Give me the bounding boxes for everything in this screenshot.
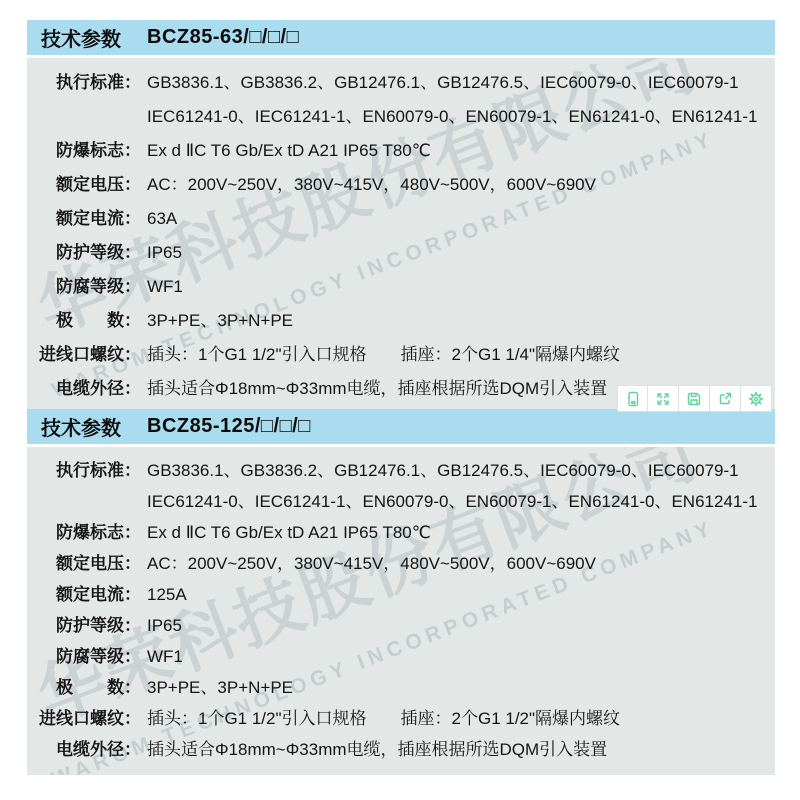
row-label: 极 数： — [33, 672, 141, 703]
fullscreen-button[interactable] — [648, 385, 679, 412]
row-value: 63A — [147, 202, 177, 236]
section-model: BCZ85-63/□/□/□ — [147, 26, 299, 49]
row-value: 3P+PE、3P+N+PE — [147, 304, 293, 338]
row-label: 电缆外径： — [33, 372, 141, 406]
row-value: 插头适合Φ18mm~Φ33mm电缆，插座根据所选DQM引入装置 — [147, 734, 607, 765]
spec-row-entry-thread: 进线口螺纹： 插头：1个G1 1/2"引入口规格 插座：2个G1 1/2"隔爆内… — [27, 703, 775, 734]
row-value: 插头：1个G1 1/2"引入口规格 插座：2个G1 1/4"隔爆内螺纹 — [147, 338, 620, 372]
row-value: WF1 — [147, 270, 183, 304]
share-icon — [717, 391, 733, 407]
row-label: 额定电流： — [33, 202, 141, 236]
mobile-icon — [625, 391, 641, 407]
spec-row-entry-thread: 进线口螺纹： 插头：1个G1 1/2"引入口规格 插座：2个G1 1/4"隔爆内… — [27, 338, 775, 372]
row-label: 额定电压： — [33, 548, 141, 579]
spec-rows: 执行标准： GB3836.1、GB3836.2、GB12476.1、GB1247… — [27, 66, 775, 406]
section-header: 技术参数 BCZ85-125/□/□/□ — [27, 409, 775, 444]
row-label: 进线口螺纹： — [33, 338, 141, 372]
row-label: 防爆标志： — [33, 134, 141, 168]
section-model: BCZ85-125/□/□/□ — [147, 415, 311, 438]
row-value: AC：200V~250V，380V~415V，480V~500V，600V~69… — [147, 168, 596, 202]
row-label: 执行标准： — [33, 66, 141, 100]
row-value: GB3836.1、GB3836.2、GB12476.1、GB12476.5、IE… — [147, 66, 739, 100]
row-value: AC：200V~250V，380V~415V，480V~500V，600V~69… — [147, 548, 596, 579]
row-value: WF1 — [147, 641, 183, 672]
spec-row-ex-marking: 防爆标志： Ex d ⅡC T6 Gb/Ex tD A21 IP65 T80℃ — [27, 517, 775, 548]
row-value: IP65 — [147, 610, 182, 641]
row-value: Ex d ⅡC T6 Gb/Ex tD A21 IP65 T80℃ — [147, 134, 431, 168]
spec-section-bcz85-63: 技术参数 BCZ85-63/□/□/□ 华荣科技股份有限公司 WAROM TEC… — [27, 20, 775, 416]
row-label: 额定电压： — [33, 168, 141, 202]
fullscreen-icon — [655, 391, 671, 407]
spec-row-standards-cont: IEC61241-0、IEC61241-1、EN60079-0、EN60079-… — [27, 100, 775, 134]
row-value: 插头适合Φ18mm~Φ33mm电缆，插座根据所选DQM引入装置 — [147, 372, 607, 406]
spec-rows: 执行标准： GB3836.1、GB3836.2、GB12476.1、GB1247… — [27, 455, 775, 765]
row-value: 3P+PE、3P+N+PE — [147, 672, 293, 703]
section-body: 华荣科技股份有限公司 WAROM TECHNOLOGY INCORPORATED… — [27, 447, 775, 775]
row-value: GB3836.1、GB3836.2、GB12476.1、GB12476.5、IE… — [147, 455, 739, 486]
spec-row-rated-current: 额定电流： 63A — [27, 202, 775, 236]
spec-row-ip-rating: 防护等级： IP65 — [27, 236, 775, 270]
spec-row-cable-diameter: 电缆外径： 插头适合Φ18mm~Φ33mm电缆，插座根据所选DQM引入装置 — [27, 734, 775, 765]
row-label: 极 数： — [33, 304, 141, 338]
spec-row-poles: 极 数： 3P+PE、3P+N+PE — [27, 304, 775, 338]
section-header: 技术参数 BCZ85-63/□/□/□ — [27, 20, 775, 55]
row-label: 防腐等级： — [33, 270, 141, 304]
spec-page: 技术参数 BCZ85-63/□/□/□ 华荣科技股份有限公司 WAROM TEC… — [0, 0, 800, 800]
row-label: 电缆外径： — [33, 734, 141, 765]
spec-row-rated-voltage: 额定电压： AC：200V~250V，380V~415V，480V~500V，6… — [27, 548, 775, 579]
save-button[interactable] — [679, 385, 710, 412]
spec-row-rated-voltage: 额定电压： AC：200V~250V，380V~415V，480V~500V，6… — [27, 168, 775, 202]
row-value: 插头：1个G1 1/2"引入口规格 插座：2个G1 1/2"隔爆内螺纹 — [147, 703, 620, 734]
spec-row-corrosion-rating: 防腐等级： WF1 — [27, 641, 775, 672]
spec-row-ip-rating: 防护等级： IP65 — [27, 610, 775, 641]
section-title: 技术参数 — [41, 23, 121, 52]
row-label: 防护等级： — [33, 610, 141, 641]
spec-row-poles: 极 数： 3P+PE、3P+N+PE — [27, 672, 775, 703]
save-icon — [686, 391, 702, 407]
spec-row-standards-cont: IEC61241-0、IEC61241-1、EN60079-0、EN60079-… — [27, 486, 775, 517]
spec-section-bcz85-125: 技术参数 BCZ85-125/□/□/□ 华荣科技股份有限公司 WAROM TE… — [27, 409, 775, 775]
spec-row-standards: 执行标准： GB3836.1、GB3836.2、GB12476.1、GB1247… — [27, 455, 775, 486]
row-label: 执行标准： — [33, 455, 141, 486]
section-body: 华荣科技股份有限公司 WAROM TECHNOLOGY INCORPORATED… — [27, 58, 775, 416]
floating-toolbar — [617, 385, 772, 412]
share-button[interactable] — [710, 385, 741, 412]
settings-button[interactable] — [741, 385, 772, 412]
spec-row-corrosion-rating: 防腐等级： WF1 — [27, 270, 775, 304]
mobile-view-button[interactable] — [617, 385, 648, 412]
settings-icon — [748, 391, 764, 407]
section-title: 技术参数 — [41, 412, 121, 441]
spec-row-standards: 执行标准： GB3836.1、GB3836.2、GB12476.1、GB1247… — [27, 66, 775, 100]
row-label: 防腐等级： — [33, 641, 141, 672]
row-value: 125A — [147, 579, 187, 610]
row-value: IP65 — [147, 236, 182, 270]
row-value: IEC61241-0、IEC61241-1、EN60079-0、EN60079-… — [147, 100, 757, 134]
row-label: 防护等级： — [33, 236, 141, 270]
row-label: 防爆标志： — [33, 517, 141, 548]
row-value: Ex d ⅡC T6 Gb/Ex tD A21 IP65 T80℃ — [147, 517, 431, 548]
row-value: IEC61241-0、IEC61241-1、EN60079-0、EN60079-… — [147, 486, 757, 517]
spec-row-ex-marking: 防爆标志： Ex d ⅡC T6 Gb/Ex tD A21 IP65 T80℃ — [27, 134, 775, 168]
row-label: 进线口螺纹： — [33, 703, 141, 734]
row-label: 额定电流： — [33, 579, 141, 610]
spec-row-rated-current: 额定电流： 125A — [27, 579, 775, 610]
